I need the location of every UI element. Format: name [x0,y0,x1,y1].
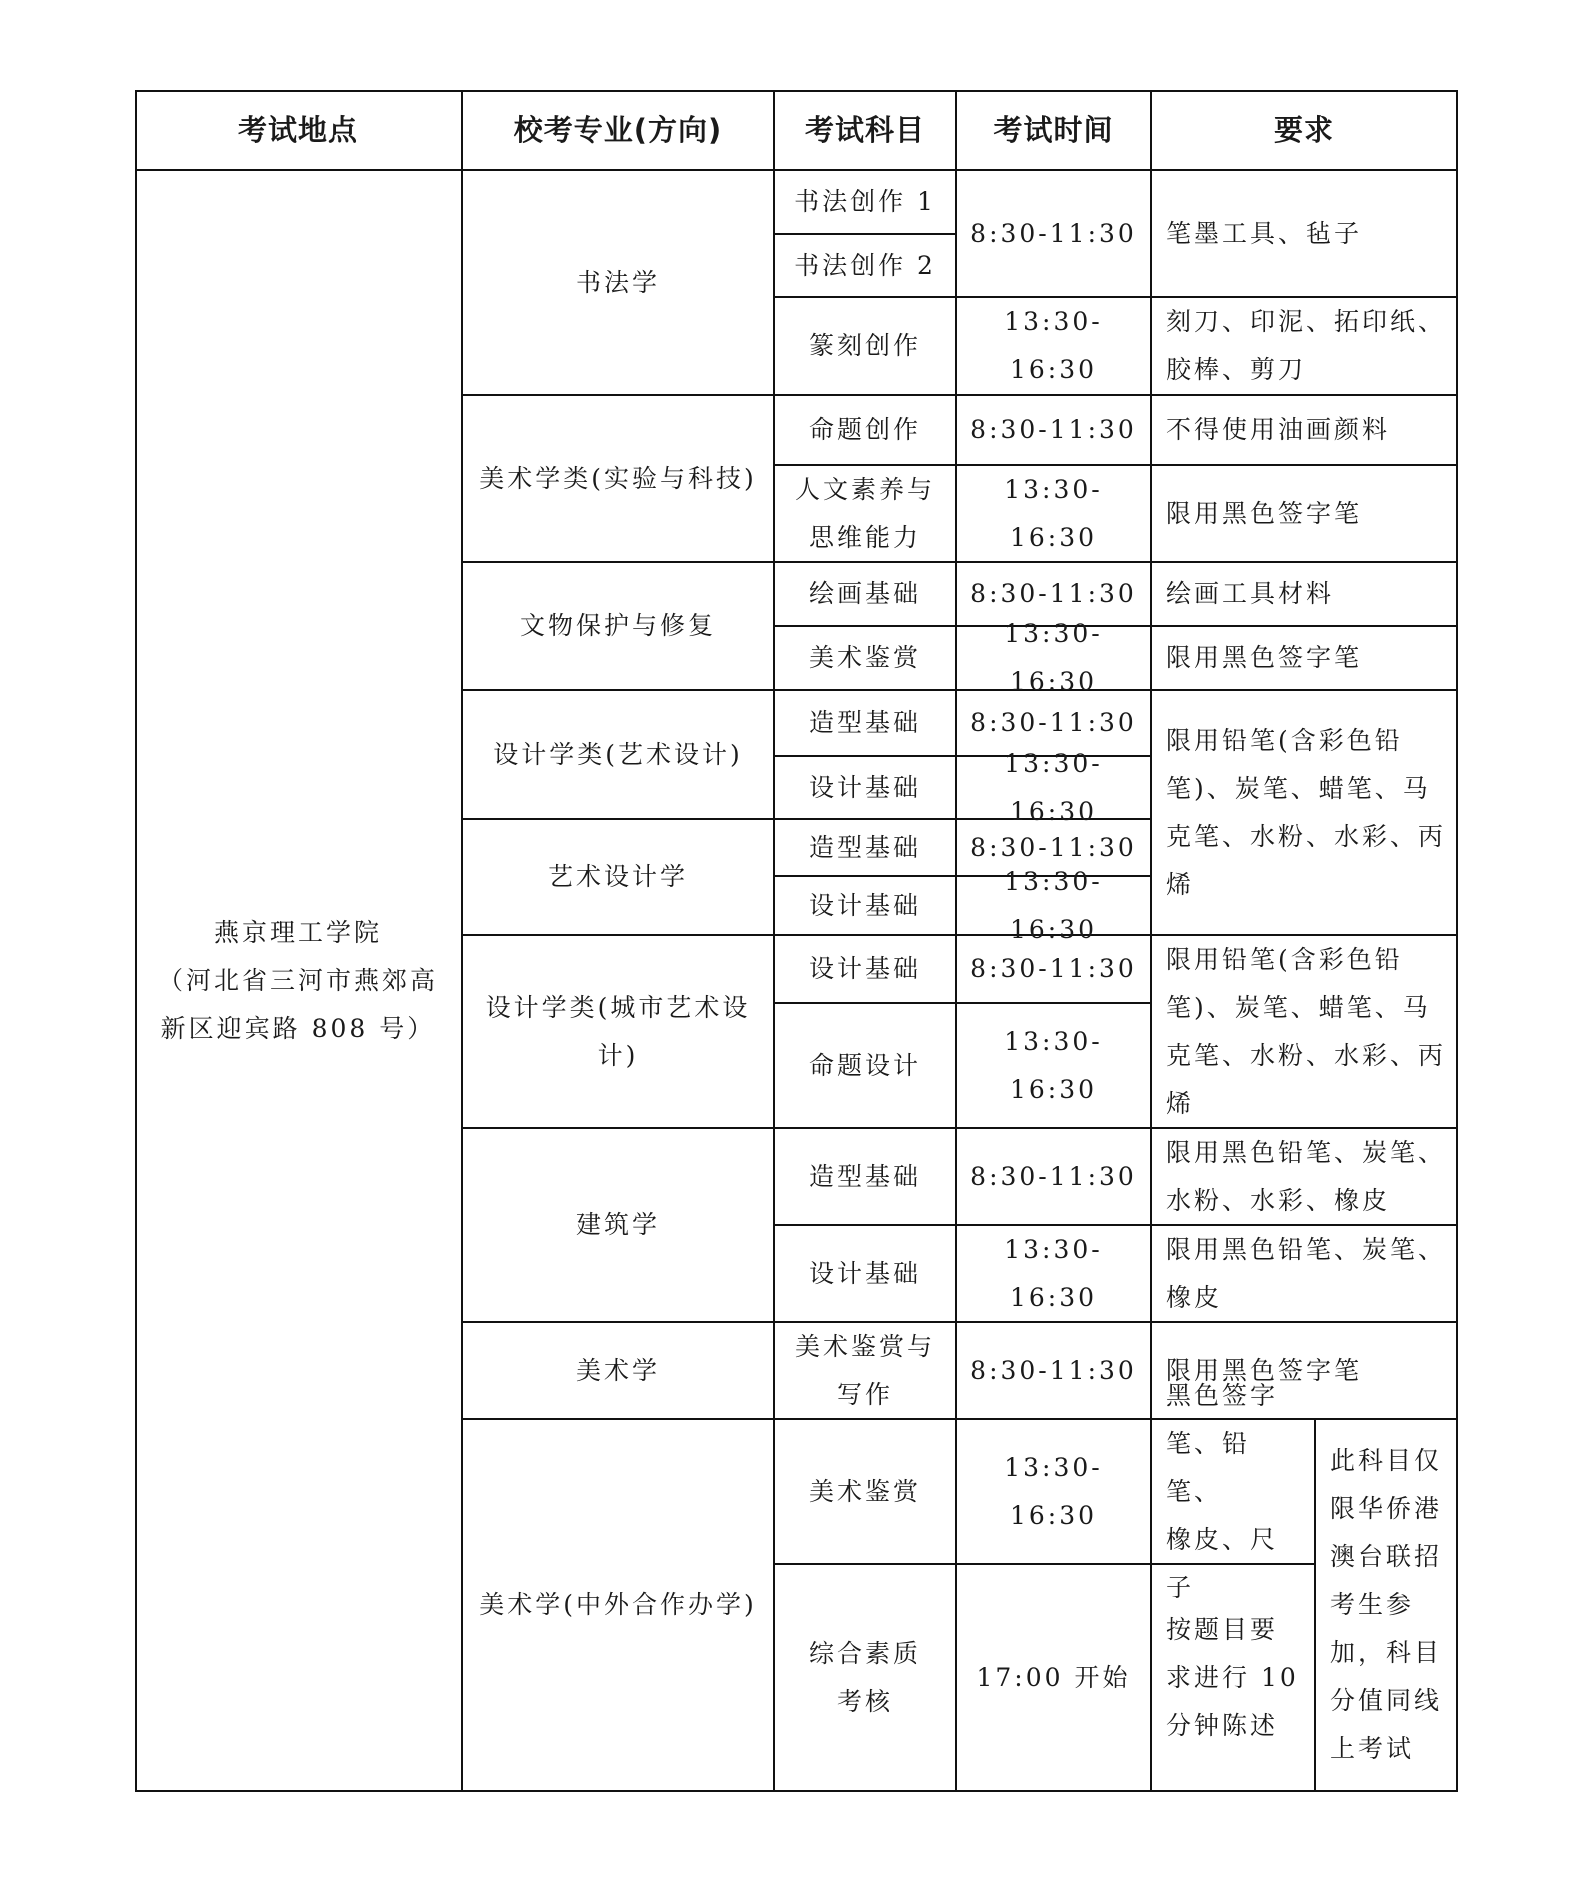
time-cell: 8:30-11:30 [957,1323,1152,1420]
requirement-cell: 限用黑色铅笔、炭笔、 橡皮 [1152,1226,1458,1323]
time-cell: 17:00 开始 [957,1565,1152,1792]
subject-cell: 造型基础 [775,820,957,877]
time-cell: 8:30-11:30 [957,171,1152,298]
subject-cell: 美术鉴赏 [775,627,957,691]
major-cell: 书法学 [463,171,775,396]
subject-cell: 造型基础 [775,1129,957,1226]
requirement-cell: 限用铅笔(含彩色铅 笔)、炭笔、蜡笔、马 克笔、水粉、水彩、丙 烯 [1152,691,1458,936]
requirement-cell: 限用黑色签字笔 [1152,627,1458,691]
subject-cell: 造型基础 [775,691,957,757]
subject-cell: 命题设计 [775,1004,957,1129]
subject-cell: 综合素质 考核 [775,1565,957,1792]
requirement-cell: 限用黑色签字笔 [1152,466,1458,563]
subject-cell: 命题创作 [775,396,957,466]
subject-cell: 美术鉴赏与 写作 [775,1323,957,1420]
requirement-cell: 笔墨工具、毡子 [1152,171,1458,298]
major-cell: 建筑学 [463,1129,775,1323]
location-cell: 燕京理工学院 （河北省三河市燕郊高 新区迎宾路 808 号） [135,171,463,1792]
time-cell: 13:30-16:30 [957,1226,1152,1323]
subject-cell: 篆刻创作 [775,298,957,396]
subject-cell: 美术鉴赏 [775,1420,957,1565]
time-cell: 13:30-16:30 [957,466,1152,563]
time-cell: 13:30-16:30 [957,298,1152,396]
major-cell: 艺术设计学 [463,820,775,936]
requirement-cell: 限用黑色铅笔、炭笔、 水粉、水彩、橡皮 [1152,1129,1458,1226]
note-cell: 此科目仅 限华侨港 澳台联招 考生参 加，科目 分值同线 上考试 [1316,1420,1458,1792]
header-subject: 考试科目 [775,90,957,171]
header-requirement: 要求 [1152,90,1458,171]
time-cell: 8:30-11:30 [957,1129,1152,1226]
subject-cell: 书法创作 2 [775,235,957,298]
major-cell: 文物保护与修复 [463,563,775,691]
requirement-cell: 不得使用油画颜料 [1152,396,1458,466]
header-time: 考试时间 [957,90,1152,171]
requirement-cell: 按题目要 求进行 10 分钟陈述 [1152,1565,1316,1792]
time-cell: 8:30-11:30 [957,396,1152,466]
subject-cell: 设计基础 [775,1226,957,1323]
subject-cell: 设计基础 [775,877,957,936]
time-cell: 8:30-11:30 [957,936,1152,1004]
requirement-cell: 绘画工具材料 [1152,563,1458,627]
time-cell: 13:30-16:30 [957,757,1152,820]
time-cell: 13:30-16:30 [957,877,1152,936]
major-cell: 设计学类(艺术设计) [463,691,775,820]
time-cell: 13:30-16:30 [957,1004,1152,1129]
major-cell: 美术学 [463,1323,775,1420]
time-cell: 13:30-16:30 [957,1420,1152,1565]
subject-cell: 人文素养与 思维能力 [775,466,957,563]
subject-cell: 书法创作 1 [775,171,957,235]
requirement-cell: 限用铅笔(含彩色铅 笔)、炭笔、蜡笔、马 克笔、水粉、水彩、丙 烯 [1152,936,1458,1129]
header-location: 考试地点 [135,90,463,171]
major-cell: 设计学类(城市艺术设 计) [463,936,775,1129]
subject-cell: 设计基础 [775,757,957,820]
major-cell: 美术学(中外合作办学) [463,1420,775,1792]
time-cell: 13:30-16:30 [957,627,1152,691]
major-cell: 美术学类(实验与科技) [463,396,775,563]
subject-cell: 绘画基础 [775,563,957,627]
header-major: 校考专业(方向) [463,90,775,171]
requirement-cell: 黑色签字 笔、铅笔、 橡皮、尺子 [1152,1420,1316,1565]
requirement-cell: 刻刀、印泥、拓印纸、 胶棒、剪刀 [1152,298,1458,396]
subject-cell: 设计基础 [775,936,957,1004]
exam-schedule-table: 考试地点 校考专业(方向) 考试科目 考试时间 要求 燕京理工学院 （河北省三河… [0,0,1587,1883]
